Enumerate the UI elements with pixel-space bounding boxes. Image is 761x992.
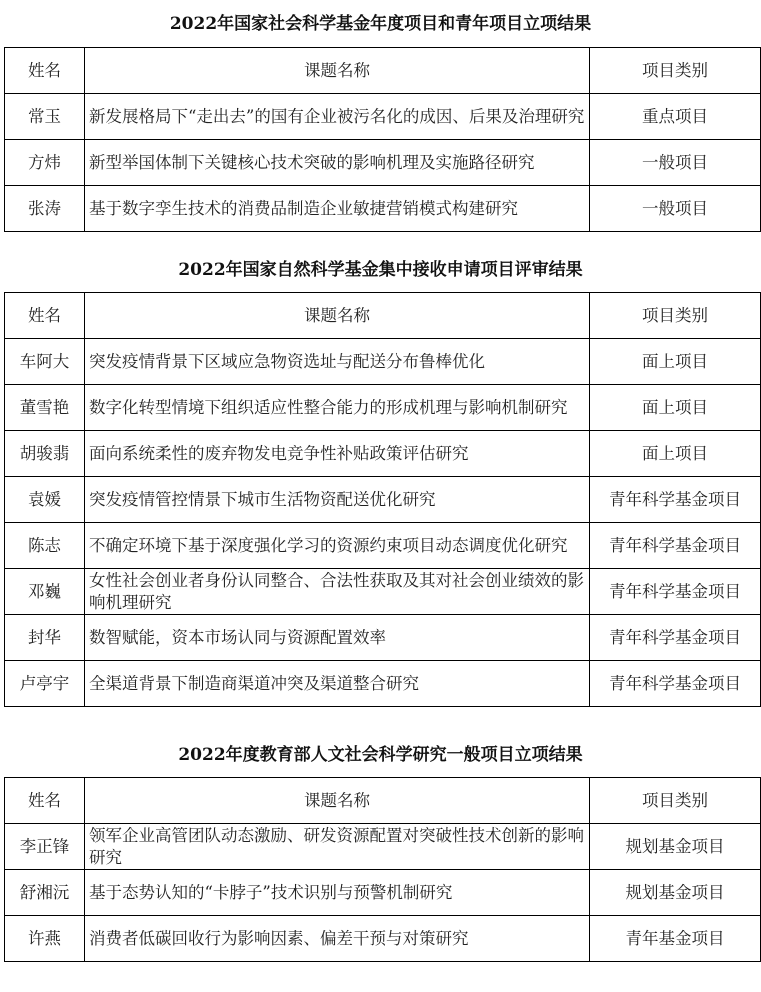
table-row: 董雪艳 数字化转型情境下组织适应性整合能力的形成机理与影响机制研究 面上项目 xyxy=(5,385,761,431)
table-row: 舒湘沅 基于态势认知的“卡脖子”技术识别与预警机制研究 规划基金项目 xyxy=(5,870,761,916)
cell-topic: 消费者低碳回收行为影响因素、偏差干预与对策研究 xyxy=(85,916,590,962)
table-row: 许燕 消费者低碳回收行为影响因素、偏差干预与对策研究 青年基金项目 xyxy=(5,916,761,962)
cell-topic: 突发疫情管控情景下城市生活物资配送优化研究 xyxy=(85,477,590,523)
cell-name: 董雪艳 xyxy=(5,385,85,431)
cell-name: 车阿大 xyxy=(5,339,85,385)
cell-type: 青年科学基金项目 xyxy=(590,615,761,661)
cell-name: 方炜 xyxy=(5,140,85,186)
cell-type: 规划基金项目 xyxy=(590,870,761,916)
section-title-nssf: 2022年国家社会科学基金年度项目和青年项目立项结果 xyxy=(0,13,761,35)
header-name: 姓名 xyxy=(5,48,85,94)
cell-name: 许燕 xyxy=(5,916,85,962)
cell-type: 青年科学基金项目 xyxy=(590,569,761,615)
results-table-nsfc: 姓名 课题名称 项目类别 车阿大 突发疫情背景下区域应急物资选址与配送分布鲁棒优… xyxy=(4,292,761,707)
cell-topic: 新型举国体制下关键核心技术突破的影响机理及实施路径研究 xyxy=(85,140,590,186)
cell-name: 舒湘沅 xyxy=(5,870,85,916)
table-row: 陈志 不确定环境下基于深度强化学习的资源约束项目动态调度优化研究 青年科学基金项… xyxy=(5,523,761,569)
header-name: 姓名 xyxy=(5,778,85,824)
header-name: 姓名 xyxy=(5,293,85,339)
cell-topic: 不确定环境下基于深度强化学习的资源约束项目动态调度优化研究 xyxy=(85,523,590,569)
table-row: 李正锋 领军企业高管团队动态激励、研发资源配置对突破性技术创新的影响研究 规划基… xyxy=(5,824,761,870)
header-type: 项目类别 xyxy=(590,293,761,339)
cell-type: 面上项目 xyxy=(590,431,761,477)
header-topic: 课题名称 xyxy=(85,48,590,94)
cell-name: 袁媛 xyxy=(5,477,85,523)
cell-type: 面上项目 xyxy=(590,385,761,431)
cell-name: 封华 xyxy=(5,615,85,661)
header-topic: 课题名称 xyxy=(85,293,590,339)
cell-topic: 基于数字孪生技术的消费品制造企业敏捷营销模式构建研究 xyxy=(85,186,590,232)
results-table-nssf: 姓名 课题名称 项目类别 常玉 新发展格局下“走出去”的国有企业被污名化的成因、… xyxy=(4,47,761,232)
cell-name: 邓巍 xyxy=(5,569,85,615)
cell-type: 重点项目 xyxy=(590,94,761,140)
cell-topic: 新发展格局下“走出去”的国有企业被污名化的成因、后果及治理研究 xyxy=(85,94,590,140)
table-row: 张涛 基于数字孪生技术的消费品制造企业敏捷营销模式构建研究 一般项目 xyxy=(5,186,761,232)
results-table-moe: 姓名 课题名称 项目类别 李正锋 领军企业高管团队动态激励、研发资源配置对突破性… xyxy=(4,777,761,962)
cell-topic: 基于态势认知的“卡脖子”技术识别与预警机制研究 xyxy=(85,870,590,916)
cell-topic: 领军企业高管团队动态激励、研发资源配置对突破性技术创新的影响研究 xyxy=(85,824,590,870)
cell-type: 面上项目 xyxy=(590,339,761,385)
cell-type: 青年科学基金项目 xyxy=(590,523,761,569)
table-row: 袁媛 突发疫情管控情景下城市生活物资配送优化研究 青年科学基金项目 xyxy=(5,477,761,523)
cell-type: 一般项目 xyxy=(590,140,761,186)
cell-topic: 女性社会创业者身份认同整合、合法性获取及其对社会创业绩效的影响机理研究 xyxy=(85,569,590,615)
table-row: 封华 数智赋能，资本市场认同与资源配置效率 青年科学基金项目 xyxy=(5,615,761,661)
cell-name: 张涛 xyxy=(5,186,85,232)
table-row: 车阿大 突发疫情背景下区域应急物资选址与配送分布鲁棒优化 面上项目 xyxy=(5,339,761,385)
table-row: 邓巍 女性社会创业者身份认同整合、合法性获取及其对社会创业绩效的影响机理研究 青… xyxy=(5,569,761,615)
header-type: 项目类别 xyxy=(590,48,761,94)
cell-topic: 全渠道背景下制造商渠道冲突及渠道整合研究 xyxy=(85,661,590,707)
table-row: 常玉 新发展格局下“走出去”的国有企业被污名化的成因、后果及治理研究 重点项目 xyxy=(5,94,761,140)
section-title-nsfc: 2022年国家自然科学基金集中接收申请项目评审结果 xyxy=(0,259,761,281)
section-title-moe: 2022年度教育部人文社会科学研究一般项目立项结果 xyxy=(0,744,761,766)
cell-name: 陈志 xyxy=(5,523,85,569)
table-header-row: 姓名 课题名称 项目类别 xyxy=(5,48,761,94)
cell-type: 规划基金项目 xyxy=(590,824,761,870)
cell-topic: 突发疫情背景下区域应急物资选址与配送分布鲁棒优化 xyxy=(85,339,590,385)
cell-type: 青年基金项目 xyxy=(590,916,761,962)
header-type: 项目类别 xyxy=(590,778,761,824)
cell-type: 一般项目 xyxy=(590,186,761,232)
cell-name: 卢亭宇 xyxy=(5,661,85,707)
cell-type: 青年科学基金项目 xyxy=(590,477,761,523)
cell-name: 胡骏翡 xyxy=(5,431,85,477)
header-topic: 课题名称 xyxy=(85,778,590,824)
cell-topic: 数智赋能，资本市场认同与资源配置效率 xyxy=(85,615,590,661)
cell-topic: 数字化转型情境下组织适应性整合能力的形成机理与影响机制研究 xyxy=(85,385,590,431)
table-header-row: 姓名 课题名称 项目类别 xyxy=(5,293,761,339)
table-row: 卢亭宇 全渠道背景下制造商渠道冲突及渠道整合研究 青年科学基金项目 xyxy=(5,661,761,707)
cell-name: 李正锋 xyxy=(5,824,85,870)
table-header-row: 姓名 课题名称 项目类别 xyxy=(5,778,761,824)
table-row: 胡骏翡 面向系统柔性的废弃物发电竞争性补贴政策评估研究 面上项目 xyxy=(5,431,761,477)
cell-type: 青年科学基金项目 xyxy=(590,661,761,707)
table-row: 方炜 新型举国体制下关键核心技术突破的影响机理及实施路径研究 一般项目 xyxy=(5,140,761,186)
cell-topic: 面向系统柔性的废弃物发电竞争性补贴政策评估研究 xyxy=(85,431,590,477)
cell-name: 常玉 xyxy=(5,94,85,140)
